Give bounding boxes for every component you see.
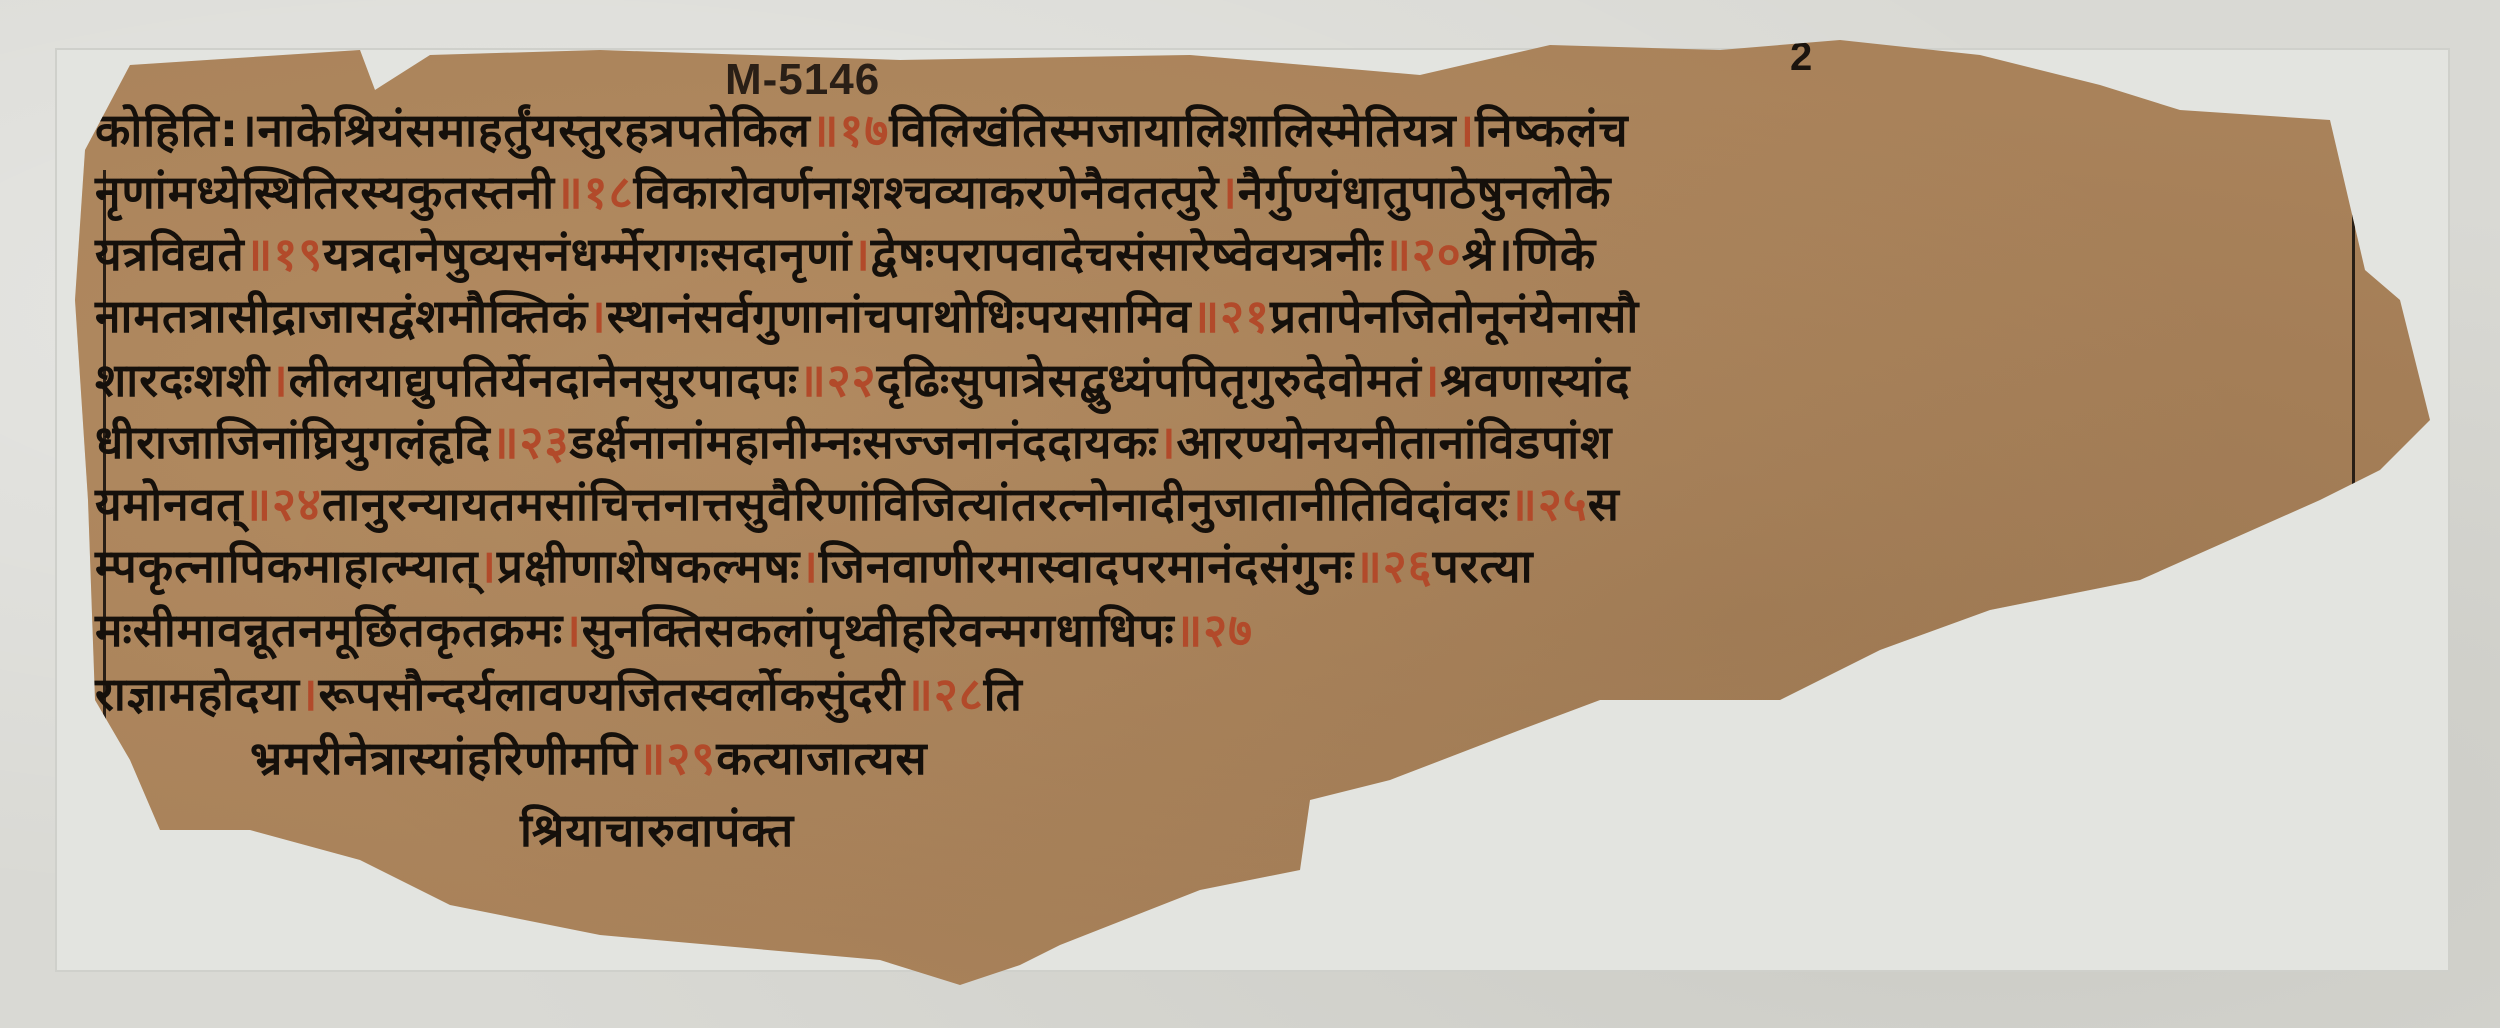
danda-mark: । xyxy=(852,227,870,281)
verse-number: ॥२८ xyxy=(905,667,983,721)
text-line-4: नामतत्रासीद्राजासद्वंशमौक्तिकं।स्थानंसर्… xyxy=(95,286,1639,346)
verse-number: ॥२२ xyxy=(798,353,876,407)
line-segment: परत्या xyxy=(1433,539,1534,593)
line-segment: कोहिति:।नाकेश्रियंसमाहर्तुंयस्तुरहत्रपते… xyxy=(95,103,811,157)
text-line-1: कोहिति:।नाकेश्रियंसमाहर्तुंयस्तुरहत्रपते… xyxy=(95,100,1629,160)
danda-mark: । xyxy=(1457,103,1475,157)
text-line-12: श्रियाचारुवापंक्त xyxy=(520,800,794,860)
line-segment: भ्रमरीनेत्रास्यांहरिणीमपि xyxy=(250,731,638,785)
danda-mark: । xyxy=(1219,165,1237,219)
line-segment: लीलयाद्युपतिर्येनदानेनसुरपादपः xyxy=(289,353,799,407)
line-segment: श्रवणास्यांद xyxy=(1440,353,1630,407)
text-line-5: शारदःशशी।लीलयाद्युपतिर्येनदानेनसुरपादपः॥… xyxy=(95,350,1631,410)
line-segment: नामतत्रासीद्राजासद्वंशमौक्तिकं xyxy=(95,289,588,343)
line-segment: स xyxy=(1588,477,1620,531)
folio-number: 2 xyxy=(1790,35,1812,80)
verse-number: ॥१७ xyxy=(811,103,889,157)
line-segment: नृणांमध्येस्थितिरस्यकुतस्तनी xyxy=(95,165,555,219)
line-segment: राज्ञामहोदया xyxy=(95,667,300,721)
verse-number: ॥२५ xyxy=(1509,477,1587,531)
line-segment: श्रियाचारुवापंक्त xyxy=(520,803,794,857)
line-segment: धीराजाजिनांघ्रियुगलंहृदि xyxy=(95,415,491,469)
verse-number: ॥२९ xyxy=(638,731,716,785)
verse-number: ॥२१ xyxy=(1192,289,1270,343)
text-line-7: यमोनवत्॥२४तानुरन्यायतमसांचित्तनात्तसुवैर… xyxy=(95,474,1620,534)
line-segment: कत्याजात्यस xyxy=(716,731,927,785)
danda-mark: । xyxy=(300,667,318,721)
line-segment: विकारोवर्णनाशश्चव्याकरणेनैवतत्पुरे xyxy=(634,165,1220,219)
line-segment: म्पकृत्नापिकमाहात्म्यात् xyxy=(95,539,478,593)
danda-mark: । xyxy=(563,603,581,657)
verse-number: ॥१९ xyxy=(245,227,323,281)
line-segment: यत्रविद्यते xyxy=(95,227,245,281)
line-segment: द्वेषःपरापवादेचसंसारेष्वेवयत्रनीः xyxy=(871,227,1384,281)
verse-number: ॥२४ xyxy=(243,477,321,531)
danda-mark: । xyxy=(588,289,606,343)
line-segment: ति xyxy=(984,667,1023,721)
text-line-6: धीराजाजिनांघ्रियुगलंहृदि॥२३डर्क्षनानांमह… xyxy=(95,412,1612,472)
text-line-8: म्पकृत्नापिकमाहात्म्यात्।प्रक्षीणाशेषकल्… xyxy=(95,536,1534,596)
line-segment: स्थानंसर्वगुणानांचपाथोधिःपयसामिव xyxy=(607,289,1192,343)
verse-number: ॥२३ xyxy=(491,415,569,469)
verse-number: ॥२७ xyxy=(1175,603,1253,657)
line-segment: प्रतापेनजितोनूनंयेनासौ xyxy=(1270,289,1639,343)
verse-number: ॥१८ xyxy=(555,165,633,219)
line-segment: यमोनवत् xyxy=(95,477,243,531)
line-segment: विलिखंतिस्मजायालिशालिस्मेतियत्र xyxy=(889,103,1456,157)
line-segment: नैर्गुण्यंधातुपाठेषुनलोके xyxy=(1238,165,1612,219)
text-line-2: नृणांमध्येस्थितिरस्यकुतस्तनी॥१८विकारोवर्… xyxy=(95,162,1611,222)
text-line-11: भ्रमरीनेत्रास्यांहरिणीमपि॥२९कत्याजात्यस xyxy=(250,728,928,788)
catalog-number-label: M-5146 xyxy=(725,55,880,105)
danda-mark: । xyxy=(1422,353,1440,407)
line-segment: दृढिःसुपात्रेसद्बुध्यंपपितृगुरुदेवोमतं xyxy=(877,353,1422,407)
line-segment: रूपसौन्दर्यलावण्यजितस्वर्लोकसुंदरी xyxy=(318,667,905,721)
line-segment: यत्रदानेषुव्यसनंधर्म्मेरागःसदानृणां xyxy=(323,227,852,281)
danda-mark: । xyxy=(1158,415,1176,469)
line-segment: डर्क्षनानांमहानीम्नःसज्जनानंददायकः xyxy=(569,415,1158,469)
line-segment: तानुरन्यायतमसांचित्तनात्तसुवैरिणांविजित्… xyxy=(322,477,1509,531)
line-segment: शारदःशशी xyxy=(95,353,270,407)
text-line-9: मःसीमावन्नूतनमूर्छितकृतक्रमः।सुनक्तिसकला… xyxy=(95,600,1253,660)
line-segment: आरण्योनयनीतानांविडपांश xyxy=(1177,415,1613,469)
line-segment: सुनक्तिसकलांपृथ्वीहरिवन्मगधाधिपः xyxy=(582,603,1175,657)
text-line-3: यत्रविद्यते॥१९यत्रदानेषुव्यसनंधर्म्मेराग… xyxy=(95,224,1596,284)
line-segment: निष्कलंच xyxy=(1475,103,1629,157)
line-segment: प्रक्षीणाशेषकल्मषः xyxy=(497,539,800,593)
danda-mark: । xyxy=(478,539,496,593)
verse-number: ॥२६ xyxy=(1354,539,1432,593)
line-segment: जिनवाणीरमास्वादपरमानंदसंगुनः xyxy=(819,539,1354,593)
text-line-10: राज्ञामहोदया।रूपसौन्दर्यलावण्यजितस्वर्लो… xyxy=(95,664,1023,724)
verse-number: ॥२० xyxy=(1383,227,1461,281)
danda-mark: । xyxy=(800,539,818,593)
danda-mark: । xyxy=(270,353,288,407)
line-segment: मःसीमावन्नूतनमूर्छितकृतक्रमः xyxy=(95,603,563,657)
line-segment: श्रे।णिके xyxy=(1462,227,1597,281)
